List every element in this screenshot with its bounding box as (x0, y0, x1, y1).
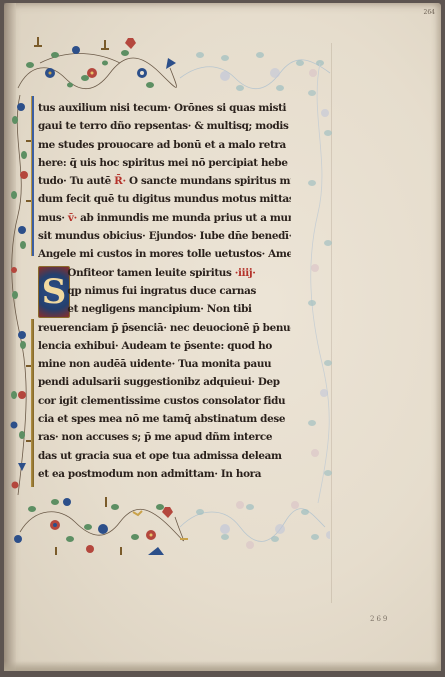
text-line: Onfiteor tamen leuite spiritus ·iiij· (38, 264, 291, 282)
manuscript-page: 264 (4, 3, 441, 671)
text-line: reuerenciam p̄ p̄senciā· nec deuocionē p… (38, 319, 291, 337)
gold-bar-lower (31, 319, 34, 487)
rubric: v̄· (68, 212, 77, 224)
text-line: sit mundus obicius· Ejundos· Iube dn̄e b… (38, 227, 291, 245)
text-line: tudo· Tu autē R̄· O sancte mundans spiri… (38, 172, 291, 190)
text-line: lencia exhibui· Audeam te p̄sente: quod … (38, 337, 291, 355)
rubric: R̄· (114, 175, 126, 187)
text-line: et negligens mancipium· Non tibi (38, 300, 291, 318)
text-block: tus auxilium nisi tecum· Orōnes si quas … (38, 99, 296, 483)
text-line: das ut gracia sua et ope tua admissa del… (38, 447, 291, 465)
rubric: ·iiij· (235, 267, 256, 279)
text-line: et ea postmodum non admittam· In hora (38, 465, 291, 483)
right-border-showthrough (300, 63, 340, 503)
text-line: Angele mi custos in mores tolle uetustos… (38, 245, 291, 263)
folio-number-top: 264 (424, 9, 435, 16)
text-line: cia et spes mea nō me tamq̄ abstinatum d… (38, 410, 291, 428)
text-line: ras· non accuses s; p̄ me apud dñm inter… (38, 428, 291, 446)
text-line: dum fecit quē tu digitus mundus motus mi… (38, 190, 291, 208)
gold-bar-upper (31, 96, 34, 256)
folio-number: 269 (370, 615, 389, 623)
text-line: tus auxilium nisi tecum· Orōnes si quas … (38, 99, 291, 117)
text-line: here: q̄ uis hoc spiritus mei nō percipi… (38, 154, 291, 172)
text-line: me studes prouocare ad bonū et a malo re… (38, 136, 291, 154)
text-line: cor igit clementissime custos consolator… (38, 392, 291, 410)
left-border-vine (6, 95, 34, 495)
text-line: gaui te terro dño repsentas· & multisq; … (38, 117, 291, 135)
text-line: pendi adulsarii suggestionibz adquieui· … (38, 373, 291, 391)
text-line: mus· v̄· ab inmundis me munda prius ut a… (38, 209, 291, 227)
page-edge (4, 661, 441, 671)
text-line: mine non audēā uidente· Tua monita pauu (38, 355, 291, 373)
bottom-border-vine (10, 487, 330, 557)
text-line: qp nimus fui ingratus duce carnas (38, 282, 291, 300)
top-border-vine (10, 33, 340, 95)
